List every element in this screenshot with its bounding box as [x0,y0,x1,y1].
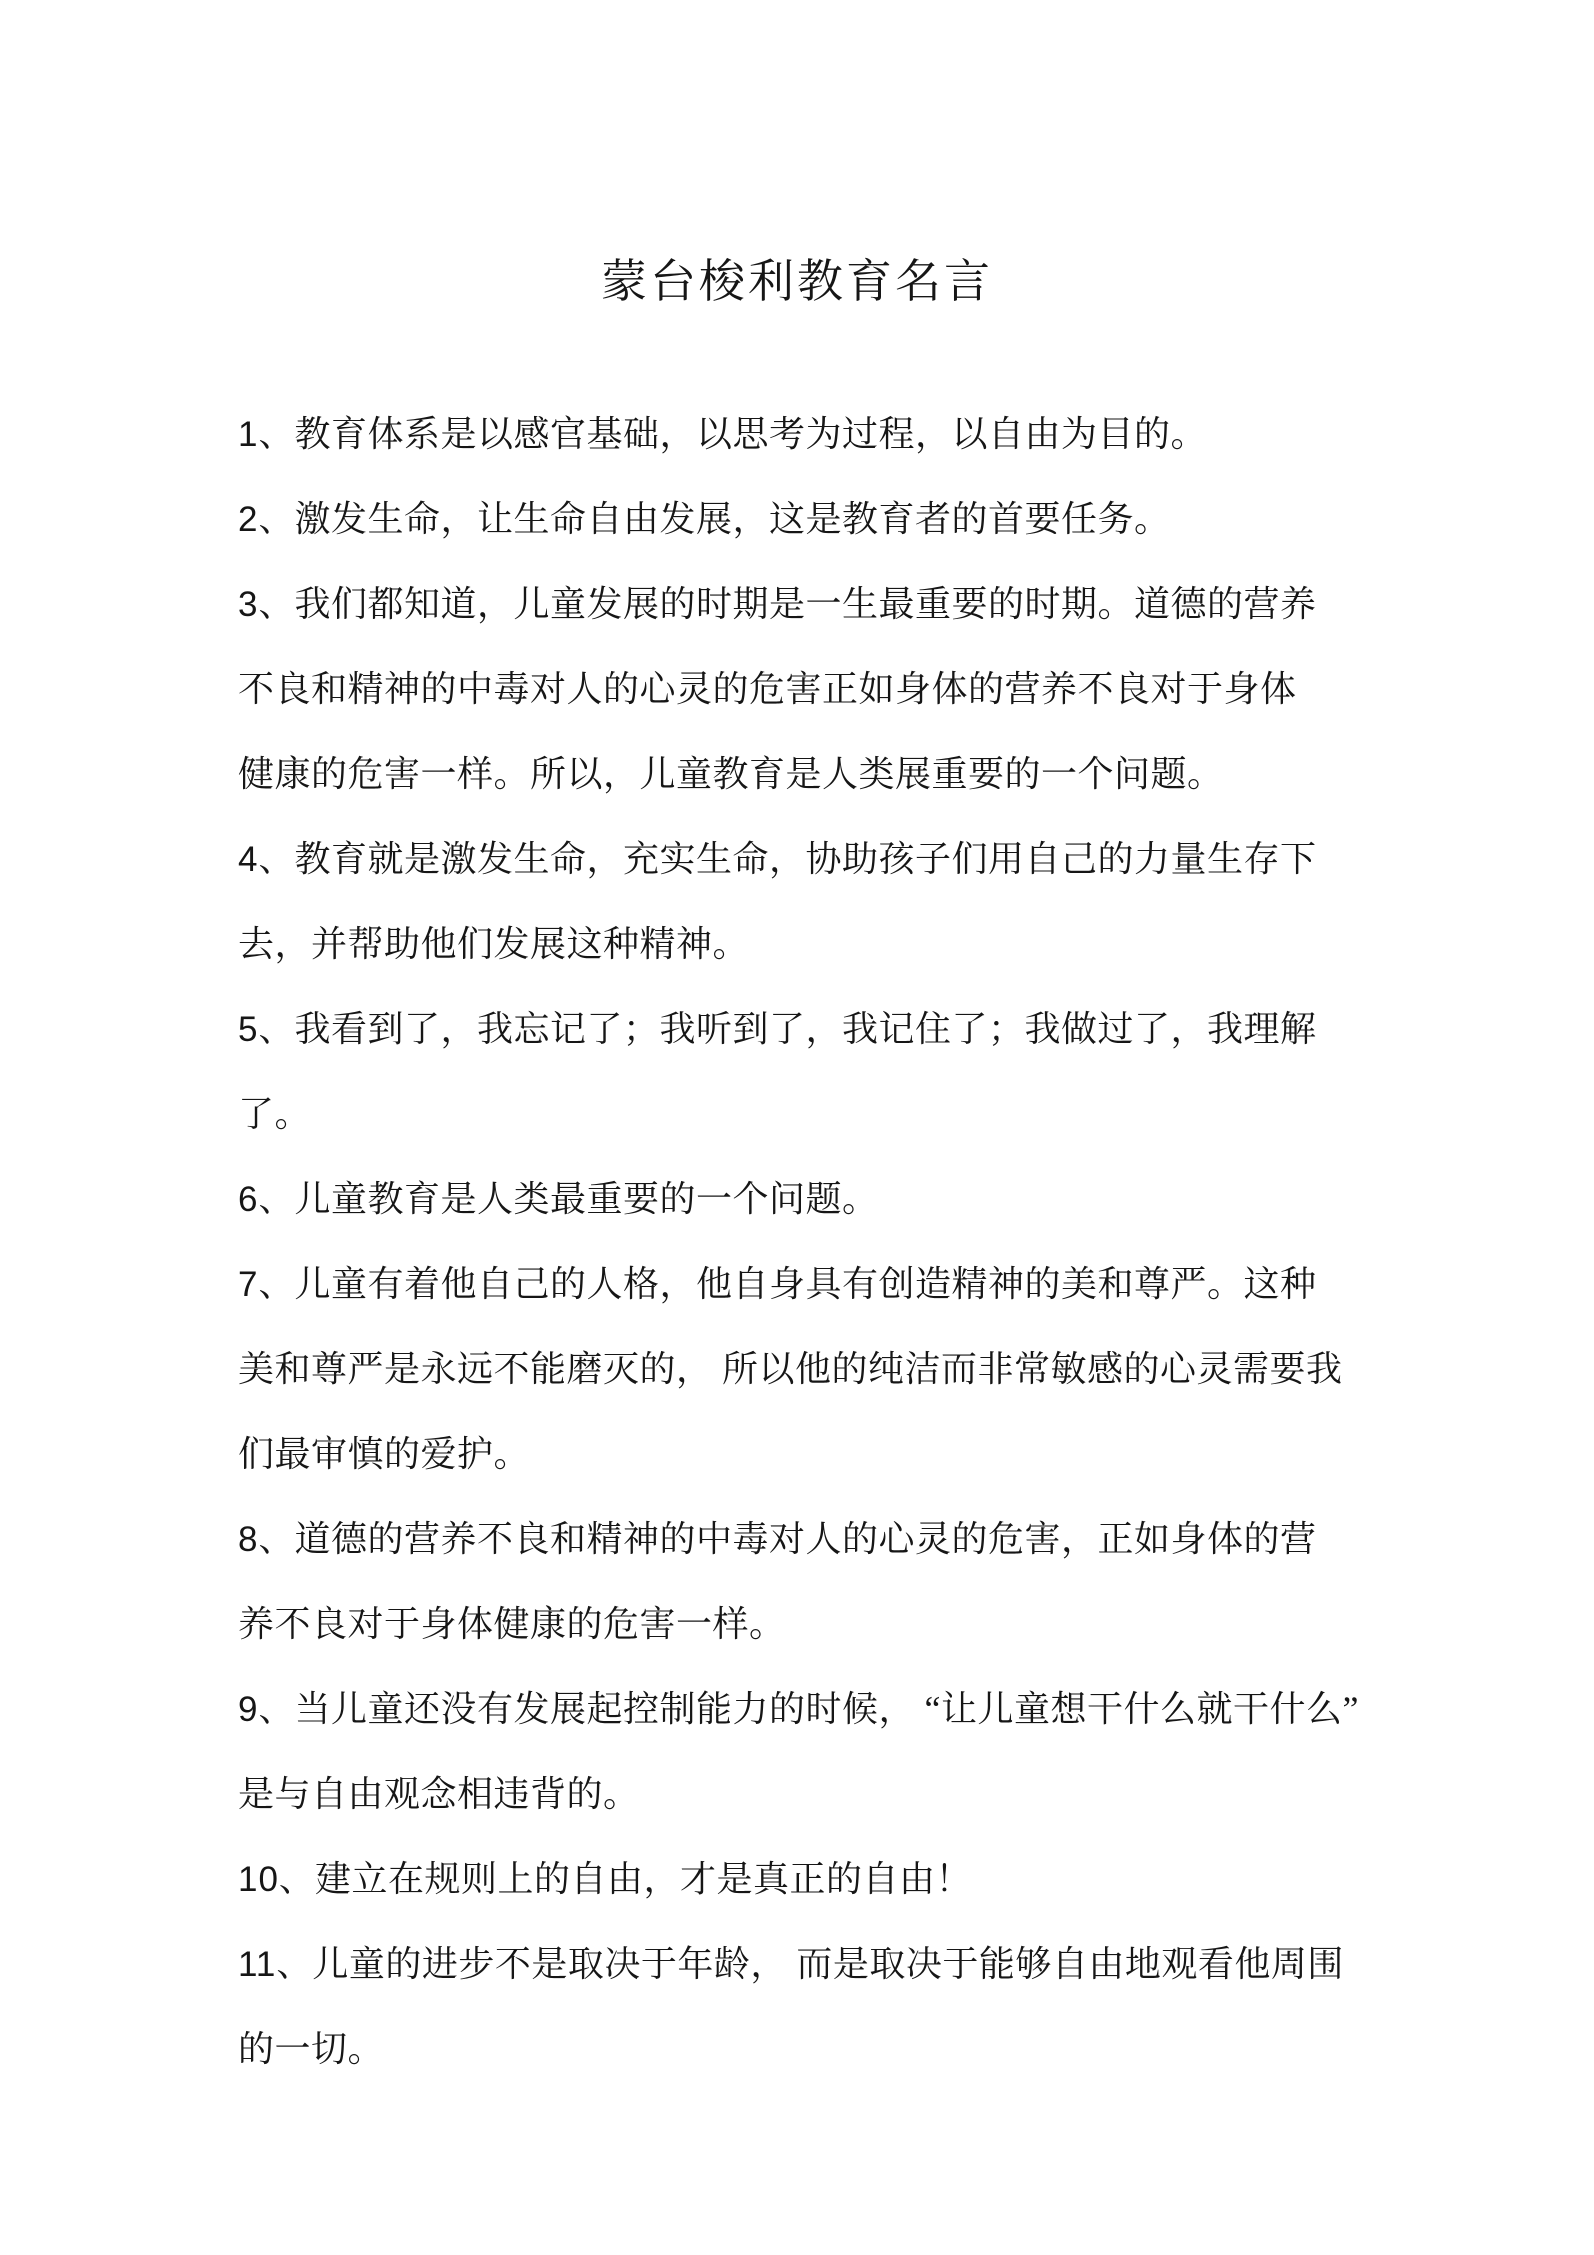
quote-text: 道德的营养不良和精神的中毒对人的心灵的危害，正如身体的营 [294,1519,1316,1559]
quote-text: 不良和精神的中毒对人的心灵的危害正如身体的营养不良对于身体 [238,669,1297,709]
quote-text: 激发生命，让生命自由发展，这是教育者的首要任务。 [294,499,1170,539]
quote-line: 9、当儿童还没有发展起控制能力的时候， “让儿童想干什么就干什么” [238,1667,1328,1752]
quote-item: 3、我们都知道，儿童发展的时期是一生最重要的时期。道德的营养不良和精神的中毒对人… [238,562,1328,817]
quote-line: 们最审慎的爱护。 [238,1412,1328,1497]
quote-line: 3、我们都知道，儿童发展的时期是一生最重要的时期。道德的营养 [238,562,1328,647]
quote-line: 4、教育就是激发生命，充实生命，协助孩子们用自己的力量生存下 [238,817,1328,902]
quote-item: 9、当儿童还没有发展起控制能力的时候， “让儿童想干什么就干什么”是与自由观念相… [238,1667,1328,1837]
quote-line: 8、道德的营养不良和精神的中毒对人的心灵的危害，正如身体的营 [238,1497,1328,1582]
quote-text: 当儿童还没有发展起控制能力的时候， “让儿童想干什么就干什么” [294,1689,1358,1729]
quote-number: 6、 [238,1180,294,1219]
quote-item: 6、儿童教育是人类最重要的一个问题。 [238,1157,1328,1242]
quote-number: 7、 [238,1265,294,1304]
quote-item: 5、我看到了，我忘记了；我听到了，我记住了；我做过了，我理解了。 [238,987,1328,1157]
quote-text: 我们都知道，儿童发展的时期是一生最重要的时期。道德的营养 [294,584,1316,624]
quote-number: 5、 [238,1010,294,1049]
quote-number: 4、 [238,840,294,879]
quote-line: 2、激发生命，让生命自由发展，这是教育者的首要任务。 [238,477,1328,562]
quote-text: 的一切。 [238,2029,384,2069]
quote-line: 养不良对于身体健康的危害一样。 [238,1582,1328,1667]
quote-text: 了。 [238,1094,311,1134]
quote-item: 10、建立在规则上的自由，才是真正的自由！ [238,1837,1328,1922]
quote-line: 去，并帮助他们发展这种精神。 [238,902,1328,987]
quote-item: 4、教育就是激发生命，充实生命，协助孩子们用自己的力量生存下去，并帮助他们发展这… [238,817,1328,987]
quote-line: 美和尊严是永远不能磨灭的， 所以他的纯洁而非常敏感的心灵需要我 [238,1327,1328,1412]
quote-item: 7、儿童有着他自己的人格，他自身具有创造精神的美和尊严。这种美和尊严是永远不能磨… [238,1242,1328,1497]
quote-text: 健康的危害一样。所以，儿童教育是人类展重要的一个问题。 [238,754,1224,794]
quote-line: 是与自由观念相违背的。 [238,1752,1328,1837]
quote-line: 11、儿童的进步不是取决于年龄， 而是取决于能够自由地观看他周围 [238,1922,1328,2007]
quote-text: 儿童有着他自己的人格，他自身具有创造精神的美和尊严。这种 [294,1264,1316,1304]
quote-number: 3、 [238,585,294,624]
document-title: 蒙台梭利教育名言 [0,254,1594,310]
quote-line: 了。 [238,1072,1328,1157]
quote-line: 1、教育体系是以感官基础，以思考为过程，以自由为目的。 [238,392,1328,477]
quote-line: 6、儿童教育是人类最重要的一个问题。 [238,1157,1328,1242]
quote-text: 儿童教育是人类最重要的一个问题。 [294,1179,878,1219]
quote-text: 教育就是激发生命，充实生命，协助孩子们用自己的力量生存下 [294,839,1316,879]
quote-number: 11、 [238,1945,312,1984]
quote-number: 10、 [238,1860,315,1899]
quote-text: 养不良对于身体健康的危害一样。 [238,1604,786,1644]
quote-text: 是与自由观念相违背的。 [238,1774,640,1814]
quote-text: 们最审慎的爱护。 [238,1434,530,1474]
quote-line: 健康的危害一样。所以，儿童教育是人类展重要的一个问题。 [238,732,1328,817]
quote-line: 不良和精神的中毒对人的心灵的危害正如身体的营养不良对于身体 [238,647,1328,732]
quote-line: 的一切。 [238,2007,1328,2092]
quote-line: 10、建立在规则上的自由，才是真正的自由！ [238,1837,1328,1922]
quote-line: 7、儿童有着他自己的人格，他自身具有创造精神的美和尊严。这种 [238,1242,1328,1327]
quote-text: 建立在规则上的自由，才是真正的自由！ [315,1859,972,1899]
quote-text: 美和尊严是永远不能磨灭的， 所以他的纯洁而非常敏感的心灵需要我 [238,1349,1343,1389]
quote-number: 1、 [238,415,294,454]
quote-item: 1、教育体系是以感官基础，以思考为过程，以自由为目的。 [238,392,1328,477]
quote-number: 2、 [238,500,294,539]
quote-text: 儿童的进步不是取决于年龄， 而是取决于能够自由地观看他周围 [312,1944,1344,1984]
quote-item: 8、道德的营养不良和精神的中毒对人的心灵的危害，正如身体的营养不良对于身体健康的… [238,1497,1328,1667]
quote-list: 1、教育体系是以感官基础，以思考为过程，以自由为目的。2、激发生命，让生命自由发… [238,392,1328,2092]
quote-number: 8、 [238,1520,294,1559]
quote-text: 教育体系是以感官基础，以思考为过程，以自由为目的。 [294,414,1207,454]
quote-text: 去，并帮助他们发展这种精神。 [238,924,749,964]
quote-number: 9、 [238,1690,294,1729]
quote-item: 2、激发生命，让生命自由发展，这是教育者的首要任务。 [238,477,1328,562]
quote-line: 5、我看到了，我忘记了；我听到了，我记住了；我做过了，我理解 [238,987,1328,1072]
quote-item: 11、儿童的进步不是取决于年龄， 而是取决于能够自由地观看他周围的一切。 [238,1922,1328,2092]
quote-text: 我看到了，我忘记了；我听到了，我记住了；我做过了，我理解 [294,1009,1316,1049]
document-page: 蒙台梭利教育名言 1、教育体系是以感官基础，以思考为过程，以自由为目的。2、激发… [0,0,1594,2255]
